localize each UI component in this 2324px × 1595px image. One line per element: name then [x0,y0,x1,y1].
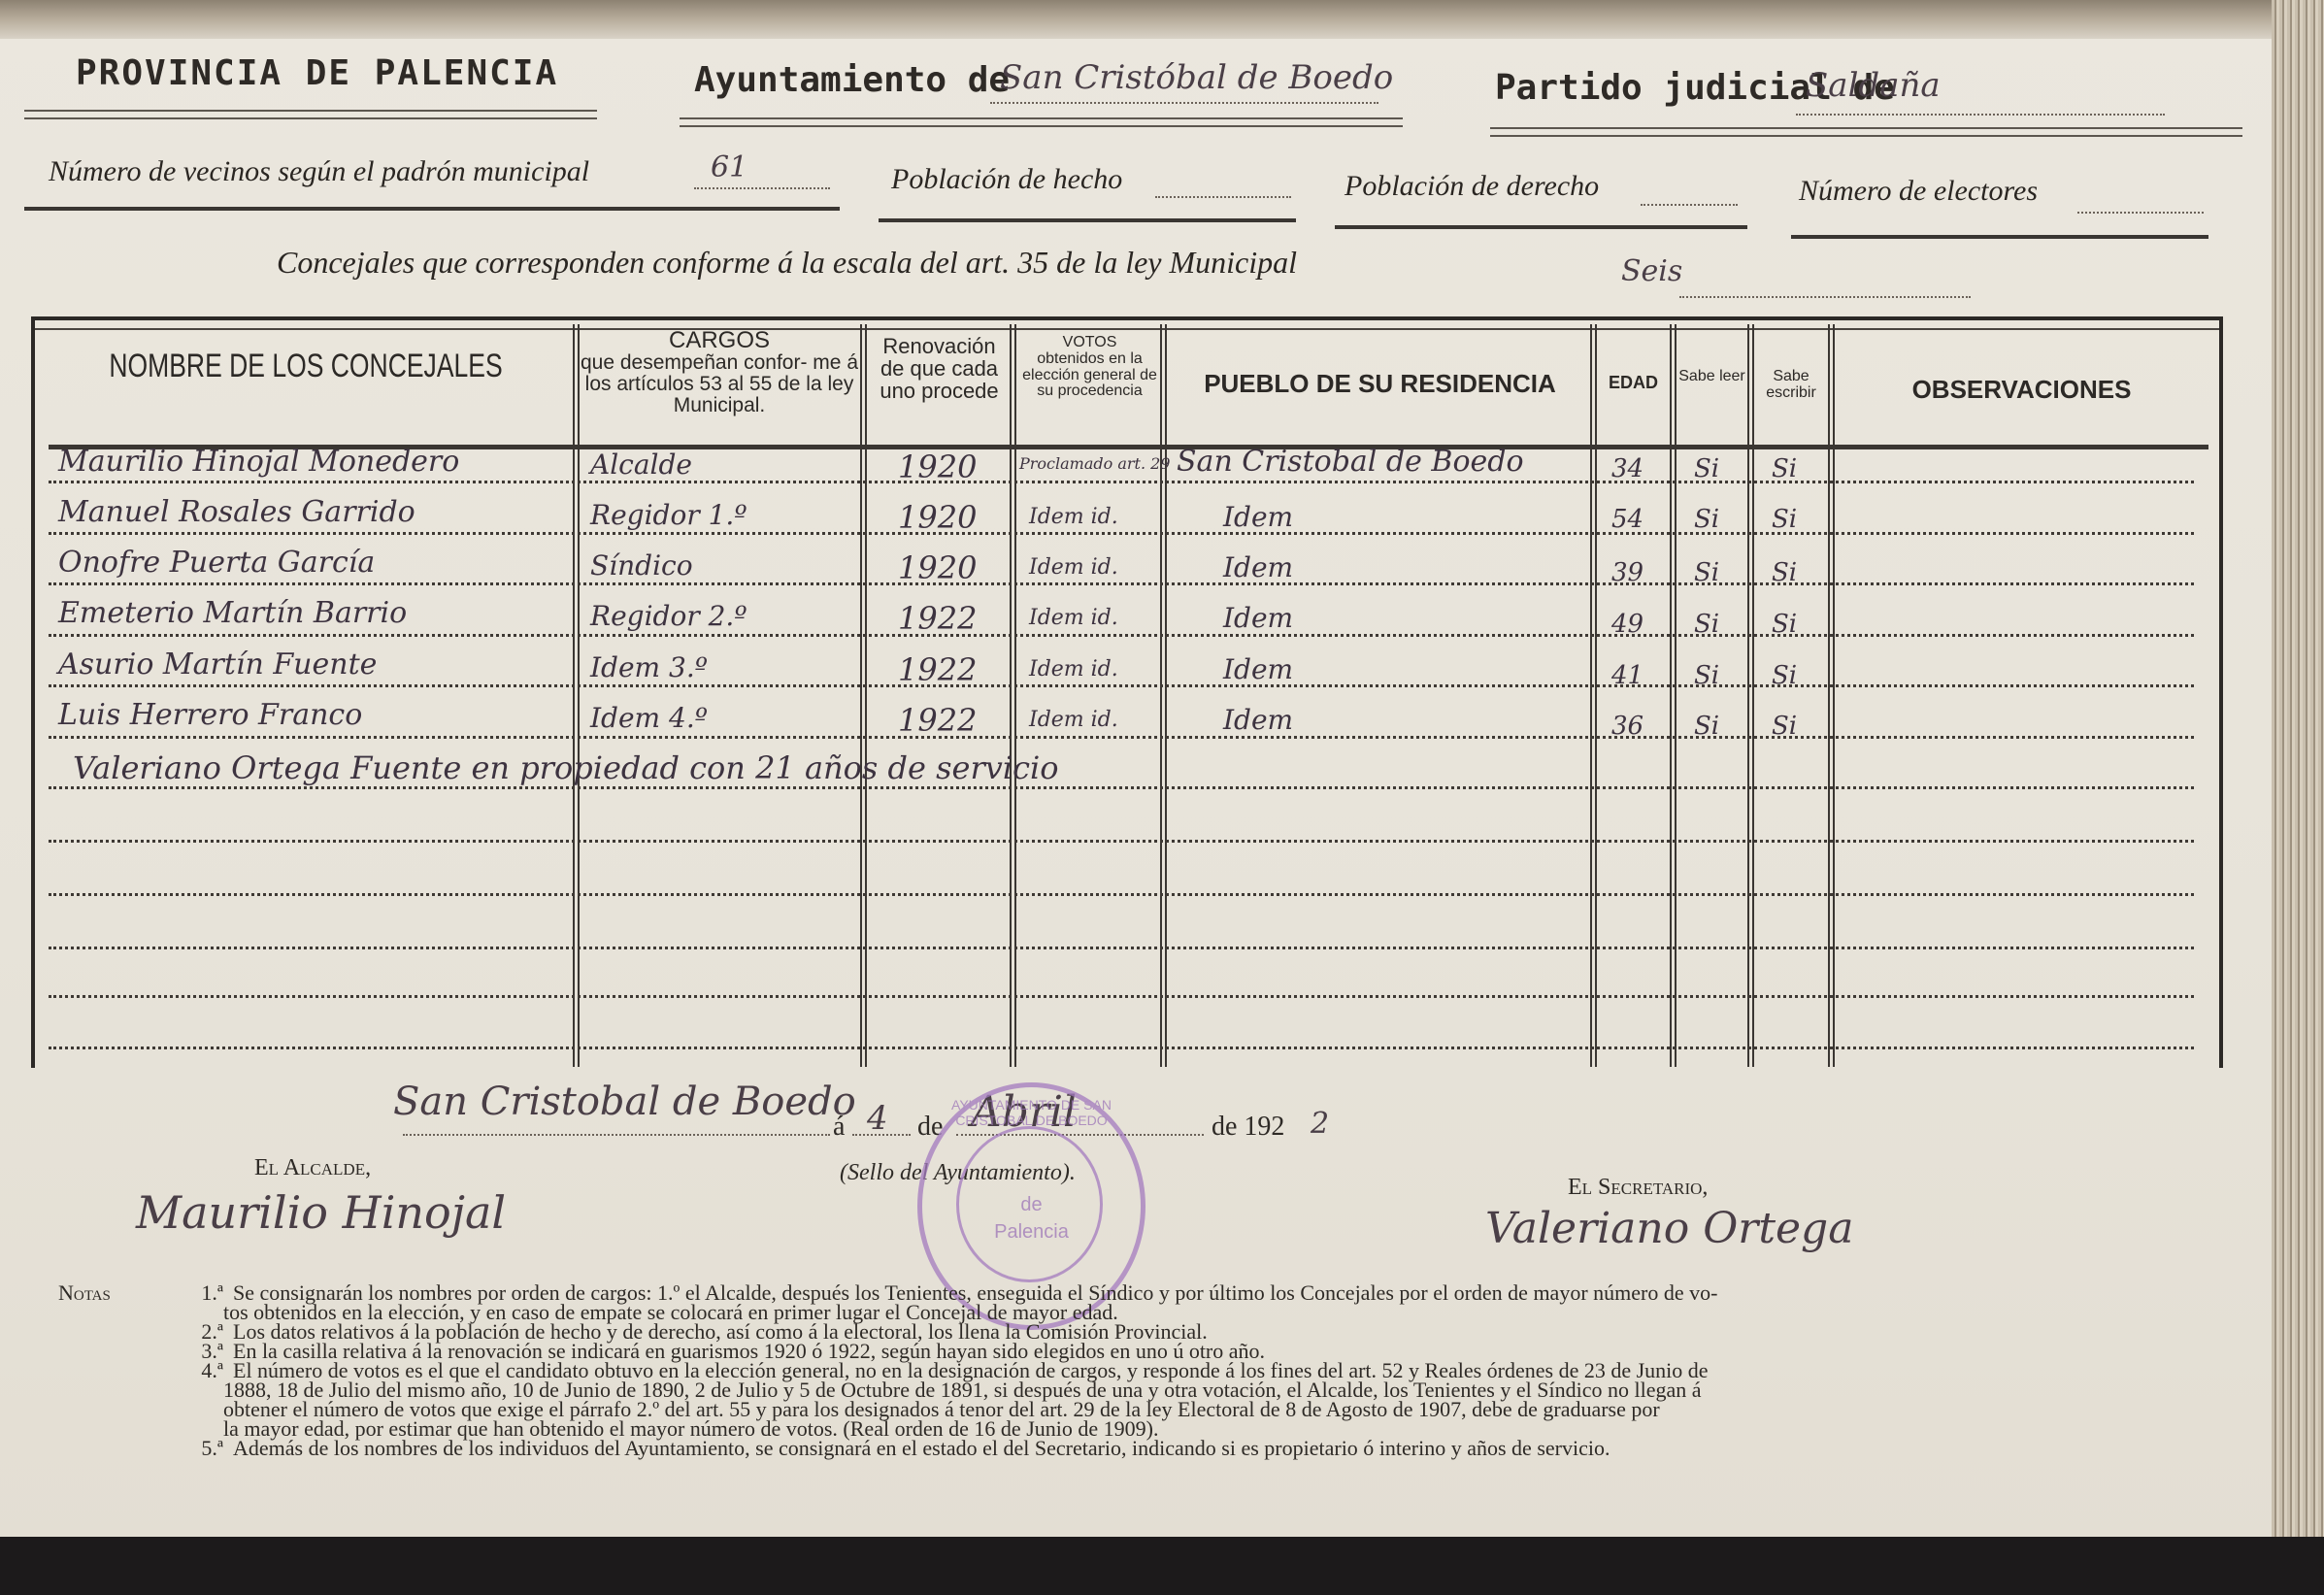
row-rule [49,840,2194,843]
dotted-fill [1155,196,1291,198]
cell-votos: Proclamado art. 29 [1019,454,1170,473]
cell-leer: Si [1694,712,1719,741]
cell-cargo: Idem 4.º [590,702,708,734]
header-votos-sub: obtenidos en la elección general de su p… [1019,351,1160,400]
dotted-fill [852,1134,911,1136]
header-votos-title: VOTOS [1019,335,1160,351]
cell-votos: Idem id. [1029,606,1118,630]
divider [879,218,1296,222]
cell-renovacion: 1920 [898,549,977,586]
closing-a: á [833,1112,845,1143]
vecinos-label: Número de vecinos según el padrón munici… [49,155,589,188]
column-divider [860,324,867,1067]
note-spacer [58,1439,165,1458]
dotted-fill [1796,114,2165,116]
row-rule [49,1047,2194,1049]
header-nombre: NOMBRE DE LOS CONCEJALES [98,349,515,384]
cell-nombre: Maurilio Hinojal Monedero [58,445,459,479]
poblacion-derecho-label: Población de derecho [1345,170,1599,203]
concejales-label: Concejales que corresponden conforme á l… [277,245,1297,281]
row-rule [49,582,2194,585]
provincia-title: PROVINCIA DE PALENCIA [76,53,558,93]
partido-value: Saldaña [1806,66,1941,105]
divider [24,207,840,211]
header-pueblo: PUEBLO DE SU RESIDENCIA [1170,371,1590,397]
cell-leer: Si [1694,661,1719,690]
column-divider [1160,324,1167,1067]
cell-pueblo: Idem [1223,602,1293,634]
cell-cargo: Alcalde [590,449,692,481]
stamp-center-1: de [922,1194,1141,1216]
stamp-ring-text: AYUNTAMIENTO DE SAN CRISTOBAL DE BOEDO [922,1097,1141,1128]
cell-escribir: Si [1772,661,1797,690]
note-number: 5.ª [165,1439,233,1458]
row-rule [49,786,2194,789]
vecinos-value: 61 [711,150,747,184]
column-divider [1010,324,1016,1067]
row-rule [49,995,2194,998]
cell-nombre: Manuel Rosales Garrido [58,495,415,529]
cell-pueblo: Idem [1223,501,1293,533]
row-rule [49,481,2194,483]
header-edad: EDAD [1597,374,1670,392]
header-cargos-title: CARGOS [579,328,860,352]
note-spacer [58,1322,165,1342]
cell-renovacion: 1920 [898,499,977,536]
cell-renovacion: 1922 [898,651,977,688]
alcalde-signature: Maurilio Hinojal [136,1186,506,1239]
cell-edad: 39 [1611,558,1643,587]
cell-nombre: Emeterio Martín Barrio [58,596,407,630]
dotted-fill [2077,212,2204,214]
cell-nombre: Asurio Martín Fuente [58,648,377,681]
header-escribir: Sabe escribir [1754,369,1828,402]
cell-renovacion: 1922 [898,702,977,739]
book-page-edges [2272,0,2324,1595]
cell-votos: Idem id. [1029,555,1118,580]
cell-nombre: Onofre Puerta García [58,546,375,580]
dotted-fill [694,187,830,189]
concejales-value: Seis [1621,254,1682,288]
alcalde-label: El Alcalde, [254,1155,371,1181]
cell-cargo: Regidor 2.º [590,600,747,632]
row-rule [49,634,2194,637]
column-divider [573,324,580,1067]
cell-edad: 49 [1611,610,1643,639]
cell-escribir: Si [1772,505,1797,534]
closing-year-digit: 2 [1311,1107,1329,1141]
stamp-center-2: Palencia [922,1221,1141,1244]
header-renovacion: Renovación de que cada uno procede [869,335,1010,402]
concejales-table [31,320,2223,1068]
secretario-label: El Secretario, [1568,1175,1708,1201]
divider [1335,225,1747,229]
cell-leer: Si [1694,558,1719,587]
cell-escribir: Si [1772,558,1797,587]
dotted-fill [1679,296,1971,298]
poblacion-hecho-label: Población de hecho [891,163,1122,196]
row-rule [49,736,2194,739]
cell-edad: 54 [1611,505,1643,534]
column-divider [1590,324,1597,1067]
cell-renovacion: 1922 [898,600,977,637]
divider [24,110,597,119]
note-spacer [58,1342,165,1361]
cell-renovacion: 1920 [898,449,977,485]
row-rule [49,893,2194,896]
cell-votos: Idem id. [1029,657,1118,681]
cell-pueblo: San Cristobal de Boedo [1177,445,1524,479]
ayuntamiento-value: San Cristóbal de Boedo [1000,58,1393,97]
row-rule [49,532,2194,535]
cell-pueblo: Idem [1223,704,1293,736]
cell-cargo: Idem 3.º [590,651,708,683]
closing-day: 4 [867,1099,888,1138]
cell-cargo: Síndico [590,549,693,582]
cell-pueblo: Idem [1223,653,1293,685]
cell-leer: Si [1694,454,1719,483]
dotted-fill [1641,204,1738,206]
header-cargos: CARGOS que desempeñan confor- me á los a… [579,328,860,416]
electores-label: Número de electores [1799,175,2038,208]
cell-pueblo: Idem [1223,551,1293,583]
secretario-note: Valeriano Ortega Fuente en propiedad con… [73,749,1059,786]
header-leer: Sabe leer [1677,369,1747,385]
row-rule [49,947,2194,949]
divider [680,117,1403,127]
header-observaciones: OBSERVACIONES [1835,377,2208,403]
column-divider [1670,324,1677,1067]
cell-leer: Si [1694,505,1719,534]
ayuntamiento-label: Ayuntamiento de [694,60,1010,100]
header-cargos-sub: que desempeñan confor- me á los artículo… [579,352,860,416]
cell-cargo: Regidor 1.º [590,499,747,531]
closing-year-prefix: de 192 [1212,1112,1284,1143]
cell-escribir: Si [1772,610,1797,639]
column-divider [1828,324,1835,1067]
dotted-fill [990,102,1378,104]
divider [1490,127,2242,137]
note-item: 5.ª Además de los nombres de los individ… [58,1439,2223,1458]
cell-escribir: Si [1772,454,1797,483]
cell-edad: 34 [1611,454,1643,483]
notes-section: Notas 1.ª Se consignarán los nombres por… [58,1283,2223,1458]
notes-lead: Notas [58,1283,165,1303]
row-rule [49,684,2194,687]
column-divider [1747,324,1754,1067]
cell-edad: 36 [1611,712,1643,741]
closing-place: San Cristobal de Boedo [393,1080,856,1124]
divider [1791,235,2208,239]
cell-escribir: Si [1772,712,1797,741]
note-text: Además de los nombres de los individuos … [233,1439,2223,1458]
dotted-fill [403,1134,830,1136]
cell-votos: Idem id. [1029,505,1118,529]
cell-nombre: Luis Herrero Franco [58,698,362,732]
cell-leer: Si [1694,610,1719,639]
book-top-edge [0,0,2324,39]
note-spacer [58,1361,165,1380]
cell-edad: 41 [1611,661,1643,690]
background-dark-surface [0,1537,2324,1595]
header-votos: VOTOS obtenidos en la elección general d… [1019,335,1160,400]
cell-votos: Idem id. [1029,708,1118,732]
secretario-signature: Valeriano Ortega [1485,1204,1853,1253]
